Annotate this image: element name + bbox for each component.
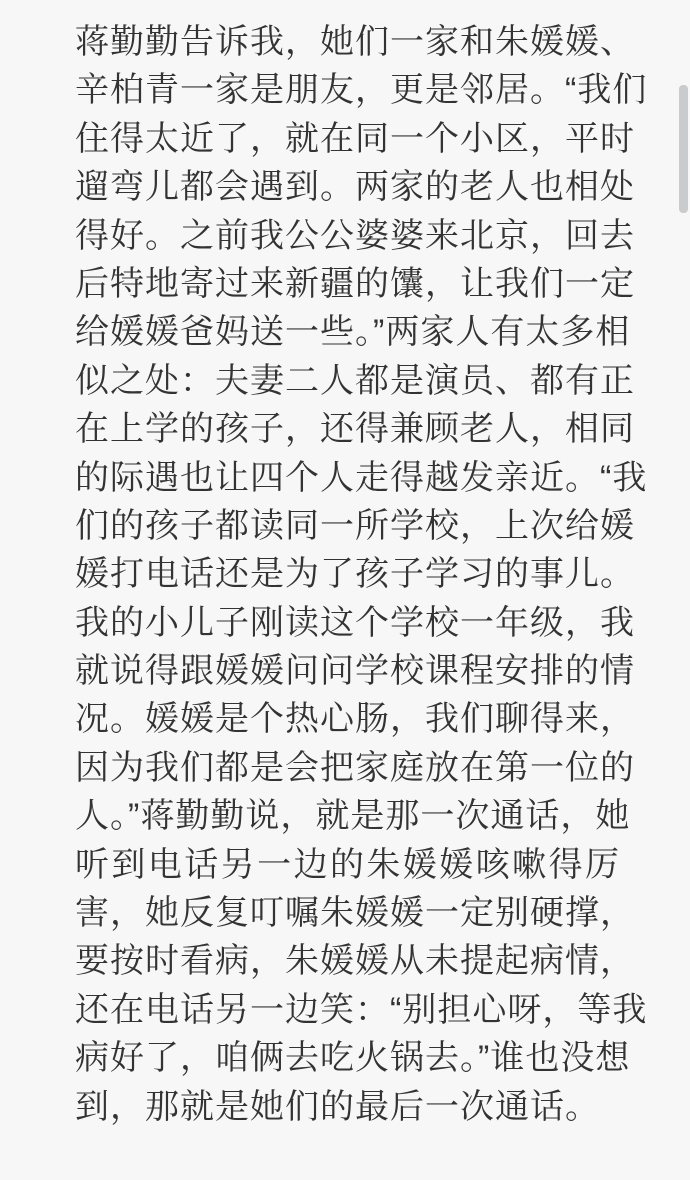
text-line: 辛柏青一家是朋友，更是邻居。“我们	[75, 66, 620, 114]
text-line: 到，那就是她们的最后一次通话。	[75, 1083, 620, 1131]
text-line: 要按时看病，朱媛媛从未提起病情，	[75, 937, 620, 985]
text-line: 后特地寄过来新疆的馕，让我们一定	[75, 260, 620, 308]
text-line: 媛打电话还是为了孩子学习的事儿。	[75, 550, 620, 598]
text-line: 似之处：夫妻二人都是演员、都有正	[75, 357, 620, 405]
text-line: 蒋勤勤告诉我，她们一家和朱媛媛、	[75, 18, 620, 66]
text-line: 听到电话另一边的朱媛媛咳嗽得厉	[75, 841, 620, 889]
article-page: 蒋勤勤告诉我，她们一家和朱媛媛、 辛柏青一家是朋友，更是邻居。“我们 住得太近了…	[0, 0, 690, 1180]
text-line: 的际遇也让四个人走得越发亲近。“我	[75, 454, 620, 502]
text-line: 病好了，咱俩去吃火锅去。”谁也没想	[75, 1034, 620, 1082]
text-line: 得好。之前我公公婆婆来北京，回去	[75, 212, 620, 260]
text-line: 人。”蒋勤勤说，就是那一次通话，她	[75, 792, 620, 840]
text-line: 还在电话另一边笑：“别担心呀，等我	[75, 986, 620, 1034]
text-line: 况。媛媛是个热心肠，我们聊得来，	[75, 695, 620, 743]
text-line: 就说得跟媛媛问问学校课程安排的情	[75, 647, 620, 695]
text-line: 们的孩子都读同一所学校，上次给媛	[75, 502, 620, 550]
text-line: 给媛媛爸妈送一些。”两家人有太多相	[75, 308, 620, 356]
scrollbar-thumb[interactable]	[679, 85, 688, 213]
text-line: 住得太近了，就在同一个小区，平时	[75, 115, 620, 163]
article-text: 蒋勤勤告诉我，她们一家和朱媛媛、 辛柏青一家是朋友，更是邻居。“我们 住得太近了…	[75, 18, 620, 1131]
text-line: 在上学的孩子，还得兼顾老人，相同	[75, 405, 620, 453]
text-line: 因为我们都是会把家庭放在第一位的	[75, 744, 620, 792]
text-line: 害，她反复叮嘱朱媛媛一定别硬撑，	[75, 889, 620, 937]
text-line: 我的小儿子刚读这个学校一年级，我	[75, 599, 620, 647]
text-line: 遛弯儿都会遇到。两家的老人也相处	[75, 163, 620, 211]
